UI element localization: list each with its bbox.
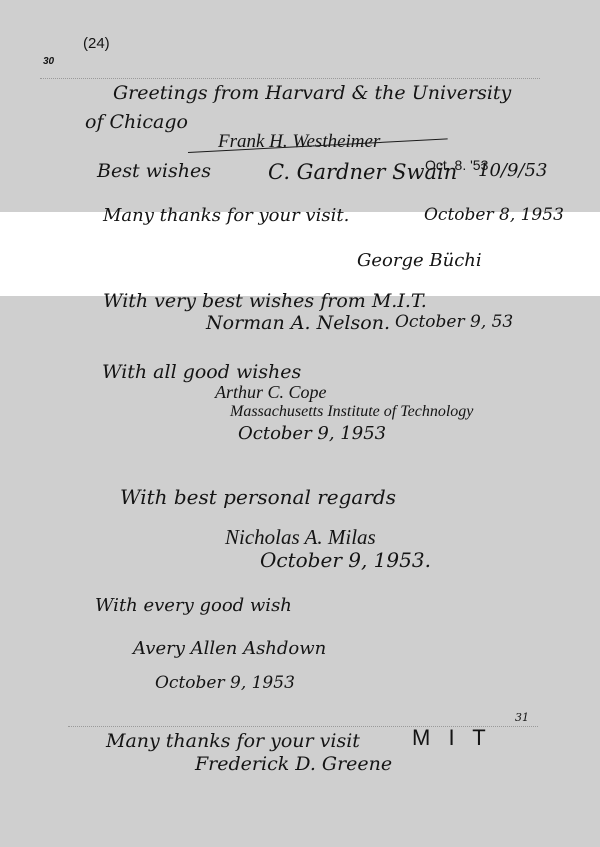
- entry-date: October 8, 1953: [424, 207, 564, 224]
- entry-signature: Arthur C. Cope: [215, 383, 327, 401]
- page-number-top: (24): [83, 36, 110, 51]
- entry-signature: C. Gardner Swain: [268, 162, 457, 183]
- entry-signature: George Büchi: [357, 252, 482, 270]
- entry-signature: Avery Allen Ashdown: [133, 640, 326, 658]
- entry-signature: Frederick D. Greene: [195, 755, 392, 774]
- entry-message: of Chicago: [85, 113, 188, 132]
- entry-affiliation: M I T: [412, 727, 492, 749]
- entry-affiliation: Massachusetts Institute of Technology: [230, 404, 473, 420]
- entry-date: October 9, 1953: [238, 425, 386, 443]
- entry-message: Many thanks for your visit.: [103, 207, 349, 225]
- page-divider-top: [40, 78, 540, 79]
- entry-message: Best wishes: [97, 162, 211, 181]
- page-number-left: 30: [43, 57, 54, 67]
- entry-date: October 9, 1953: [155, 675, 295, 692]
- page-number-bottom: 31: [515, 712, 529, 723]
- entry-message: Greetings from Harvard & the University: [113, 84, 511, 103]
- entry-message: With best personal regards: [120, 487, 396, 507]
- entry-message: With all good wishes: [102, 363, 301, 382]
- entry-date: 10/9/53: [478, 162, 547, 180]
- entry-date: October 9, 1953.: [260, 550, 431, 570]
- entry-message: With very best wishes from M.I.T.: [103, 292, 427, 311]
- entry-signature: Nicholas A. Milas: [225, 527, 376, 548]
- entry-date: October 9, 53: [395, 314, 513, 331]
- entry-message: Many thanks for your visit: [106, 732, 360, 751]
- entry-message: With every good wish: [95, 597, 292, 615]
- entry-signature: Norman A. Nelson.: [206, 314, 390, 333]
